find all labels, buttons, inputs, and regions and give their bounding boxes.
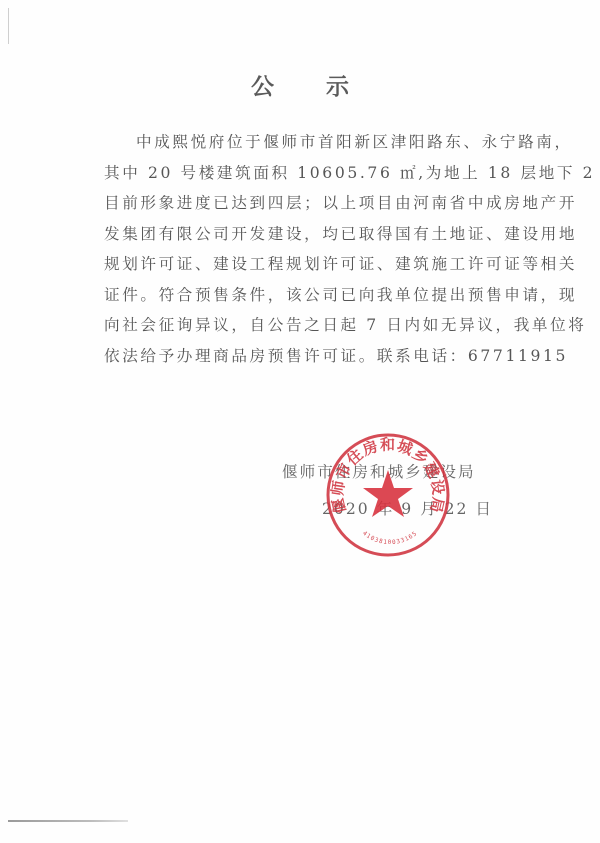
body-line-6: 证件。符合预售条件，该公司已向我单位提出预售申请，现 <box>104 280 516 311</box>
official-seal-icon: 偃师市住房和城乡建设局 4103810033165 <box>323 430 453 560</box>
body-line-5: 规划许可证、建设工程规划许可证、建筑施工许可证等相关 <box>104 249 516 280</box>
body-line-3: 目前形象进度已达到四层；以上项目由河南省中成房地产开 <box>104 188 516 219</box>
document-page: 公 示 中成熙悦府位于偃师市首阳新区津阳路东、永宁路南， 其中 20 号楼建筑面… <box>0 0 600 843</box>
body-line-7: 向社会征询异议，自公告之日起 7 日内如无异议，我单位将 <box>104 310 516 341</box>
body-line-4: 发集团有限公司开发建设，均已取得国有土地证、建设用地 <box>104 219 516 250</box>
body-line-2: 其中 20 号楼建筑面积 10605.76 ㎡,为地上 18 层地下 2 层， <box>104 158 516 189</box>
footer-divider <box>8 820 128 822</box>
notice-body: 中成熙悦府位于偃师市首阳新区津阳路东、永宁路南， 其中 20 号楼建筑面积 10… <box>104 127 516 371</box>
body-line-8: 依法给予办理商品房预售许可证。联系电话：67711915 <box>104 341 516 372</box>
body-line-1: 中成熙悦府位于偃师市首阳新区津阳路东、永宁路南， <box>104 127 516 158</box>
scan-edge-mark <box>8 8 9 44</box>
document-title: 公 示 <box>0 68 600 101</box>
svg-text:4103810033165: 4103810033165 <box>361 530 419 546</box>
